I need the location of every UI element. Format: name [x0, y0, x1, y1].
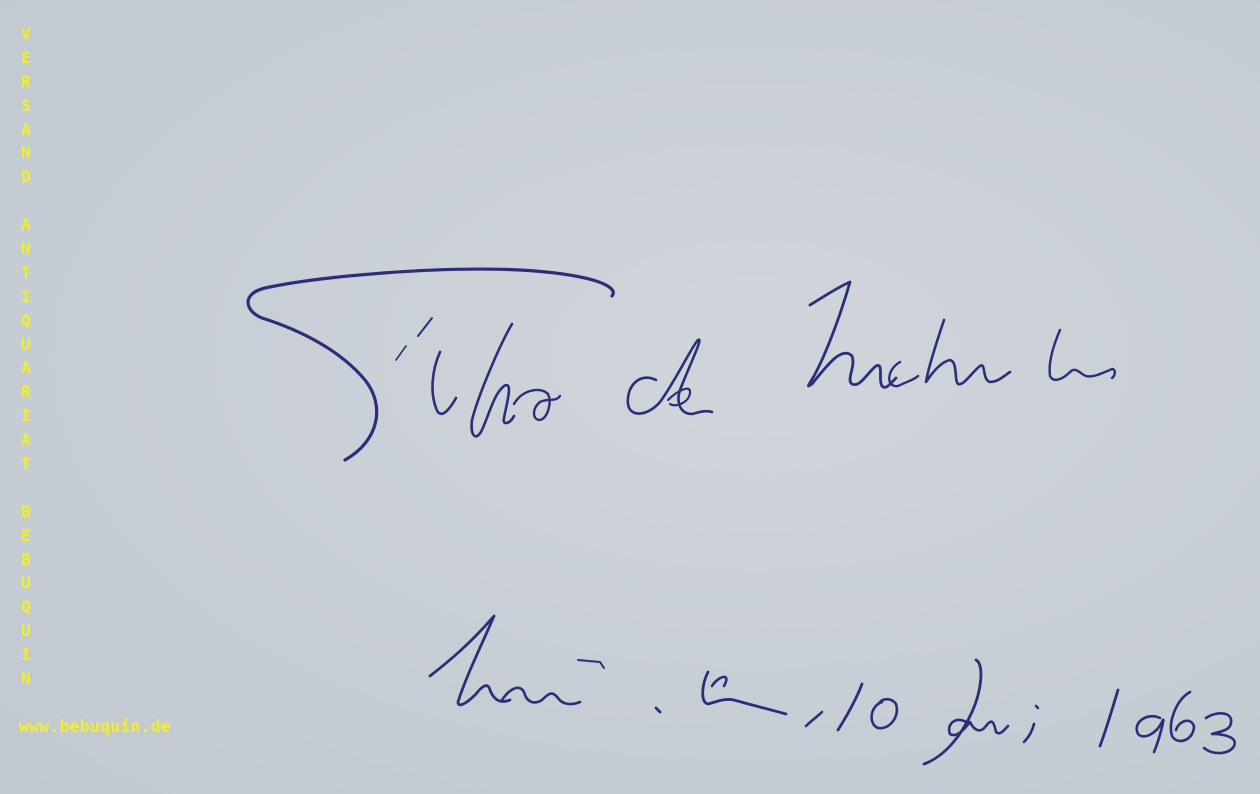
signature: [248, 269, 1115, 460]
handwriting-ink: [0, 0, 1260, 794]
place-date: [430, 616, 1235, 764]
